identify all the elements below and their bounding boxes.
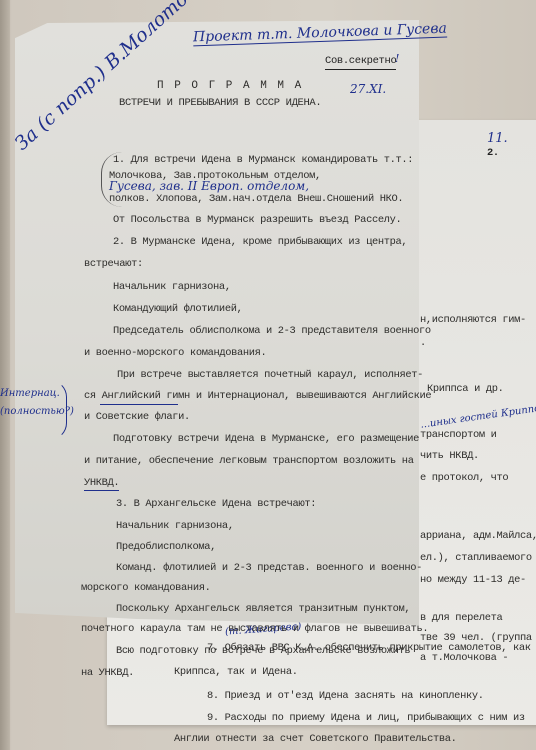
anthem-line: ся Английский гимн и Интернационал, выве… (84, 390, 431, 402)
fragment-line: арриана, адм.Майлса, (420, 530, 536, 542)
text-line: морского командования. (81, 582, 210, 594)
text-line: Начальник гарнизона, (116, 520, 234, 532)
item-9-continuation: Англии отнести за счет Советского Правит… (174, 733, 457, 745)
item-7-continuation: Криппса, так и Идена. (174, 666, 298, 678)
document-subtitle: ВСТРЕЧИ И ПРЕБЫВАНИЯ В СССР ИДЕНА. (119, 97, 321, 109)
text-line: Командующий флотилией, (113, 303, 242, 315)
document-page-1 (15, 20, 419, 625)
fragment-line: в для перелета (420, 612, 502, 624)
item-3-line: 3. В Архангельске Идена встречают: (116, 498, 316, 510)
classification-mark: ! (395, 53, 399, 64)
text-line: на УНКВД. (81, 667, 134, 679)
margin-bracket (50, 380, 67, 440)
item-2-line: 2. В Мурманске Идена, кроме прибывающих … (113, 236, 407, 248)
fragment-line: чить НКВД. (420, 450, 479, 462)
text-line: Предоблисполкома, (116, 541, 216, 553)
delegate-line: полков. Хлопова, Зам.нач.отдела Внеш.Сно… (109, 193, 403, 205)
fragment-line: но между 11-13 де- (420, 574, 526, 586)
text-line: Подготовку встречи Идена в Мурманске, ег… (113, 433, 419, 445)
item-8-line: 8. Приезд и от'езд Идена заснять на кино… (207, 690, 484, 702)
handwritten-margin-note: ...иных гостей Криппса (420, 403, 536, 430)
text-line: Команд. флотилией и 2-3 представ. военно… (116, 562, 422, 574)
handwritten-date: 27.XI. (350, 83, 386, 95)
fragment-line: н,исполняются гим- (420, 314, 526, 326)
fragment-line: Криппса и др. (427, 383, 504, 395)
embassy-line: От Посольства в Мурманск разрешить въезд… (113, 214, 401, 226)
text-line: встречают: (84, 258, 143, 270)
anthem-underline (100, 404, 178, 405)
fragment-line: ел.), стапливаемого (420, 552, 532, 564)
classification-stamp: Сов.секретно (325, 55, 396, 70)
fragment-line: е протокол, что (420, 472, 508, 484)
text-line: и военно-морского командования. (84, 347, 266, 359)
document-title: П Р О Г Р А М М А (157, 80, 303, 92)
item-9-line: 9. Расходы по приему Идена и лиц, прибыв… (207, 712, 525, 724)
text-line: Всю подготовку по встрече в Архангельске… (116, 645, 410, 657)
handwritten-delegate: Гусева, зав. II Европ. отделом, (109, 180, 309, 192)
text-line: Начальник гарнизона, (113, 281, 231, 293)
text-line: почетного караула там не выставлять и фл… (81, 623, 428, 635)
text-line: Поскольку Архангельск является транзитны… (116, 603, 410, 615)
text-line: При встрече выставляется почетный караул… (117, 369, 423, 381)
text-line: и Советские флаги. (84, 411, 190, 423)
text-line: и питание, обеспечение легковым транспор… (84, 455, 414, 467)
item-1-line: 1. Для встречи Идена в Мурманск командир… (113, 154, 413, 166)
fragment-line: . (420, 337, 426, 349)
typed-page-number: 2. (487, 147, 499, 159)
unkvd-text: УНКВД. (84, 477, 119, 491)
handwritten-page-number: 11. (487, 132, 508, 145)
fragment-line: транспортом и (420, 429, 497, 441)
text-line: Председатель облисполкома и 2-3 представ… (113, 325, 431, 337)
table-edge-shadow (0, 0, 10, 750)
